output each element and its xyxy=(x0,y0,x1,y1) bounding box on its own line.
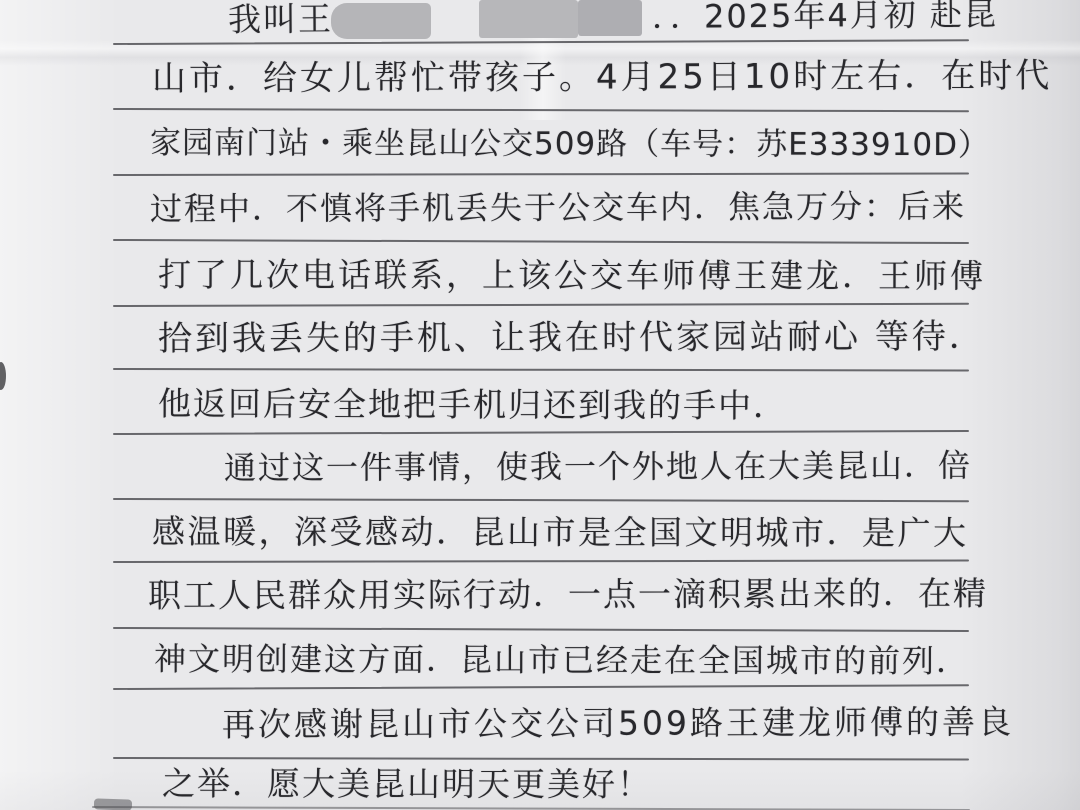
redaction-box-1 xyxy=(331,3,431,39)
paper-left-shading xyxy=(0,0,120,810)
letter-line-2: 山市．给女儿帮忙带孩子。4月25日10时左右．在时代 xyxy=(152,58,1052,99)
rule-line xyxy=(113,627,969,632)
rule-line xyxy=(113,39,969,45)
rule-line xyxy=(113,430,969,435)
letter-line-11: 神文明创建这方面．昆山市已经走在全国城市的前列． xyxy=(154,642,970,679)
letter-line-7: 他返回后安全地把手机归还到我的手中． xyxy=(158,386,788,424)
rule-line xyxy=(113,173,969,176)
rule-line xyxy=(113,303,969,307)
letter-line-1-date: ．．2025年4月初 赴昆 xyxy=(652,0,998,35)
letter-line-5: 打了几次电话联系，上该公交车师傅王建龙．王师傅 xyxy=(158,257,986,295)
letter-photo: 我叫王 ．．2025年4月初 赴昆 山市．给女儿帮忙带孩子。4月25日10时左右… xyxy=(0,0,1080,810)
paper-edge-mark xyxy=(0,362,6,390)
letter-line-6: 拾到我丢失的手机、让我在时代家园站耐心 等待． xyxy=(158,319,986,359)
rule-line xyxy=(92,806,970,810)
redaction-box-3 xyxy=(578,0,642,36)
redaction-box-2 xyxy=(479,0,578,38)
letter-line-3: 家园南门站・乘坐昆山公交509路（车号：苏E333910D） xyxy=(150,126,990,162)
paper-bottom-edge-mark xyxy=(94,798,132,810)
letter-line-12: 再次感谢昆山市公交公司509路王建龙师傅的善良 xyxy=(222,704,1014,743)
paper-right-shading xyxy=(960,0,1080,810)
rule-line xyxy=(113,498,969,502)
rule-line xyxy=(113,757,969,760)
rule-line xyxy=(113,560,969,563)
letter-line-1-name-prefix: 我叫王 xyxy=(228,1,333,38)
letter-line-8: 通过这一件事情，使我一个外地人在大美昆山．倍 xyxy=(224,448,972,486)
rule-line xyxy=(113,239,969,244)
rule-line xyxy=(113,368,969,371)
letter-line-10: 职工人民群众用实际行动．一点一滴积累出来的．在精 xyxy=(148,576,988,614)
letter-line-4: 过程中．不慎将手机丢失于公交车内．焦急万分：后来 xyxy=(150,189,966,227)
letter-line-13: 之举．愿大美昆山明天更美好！ xyxy=(162,766,652,803)
rule-line xyxy=(113,108,969,112)
rule-line xyxy=(113,684,969,690)
letter-line-9: 感温暖，深受感动．昆山市是全国文明城市．是广大 xyxy=(152,514,969,552)
